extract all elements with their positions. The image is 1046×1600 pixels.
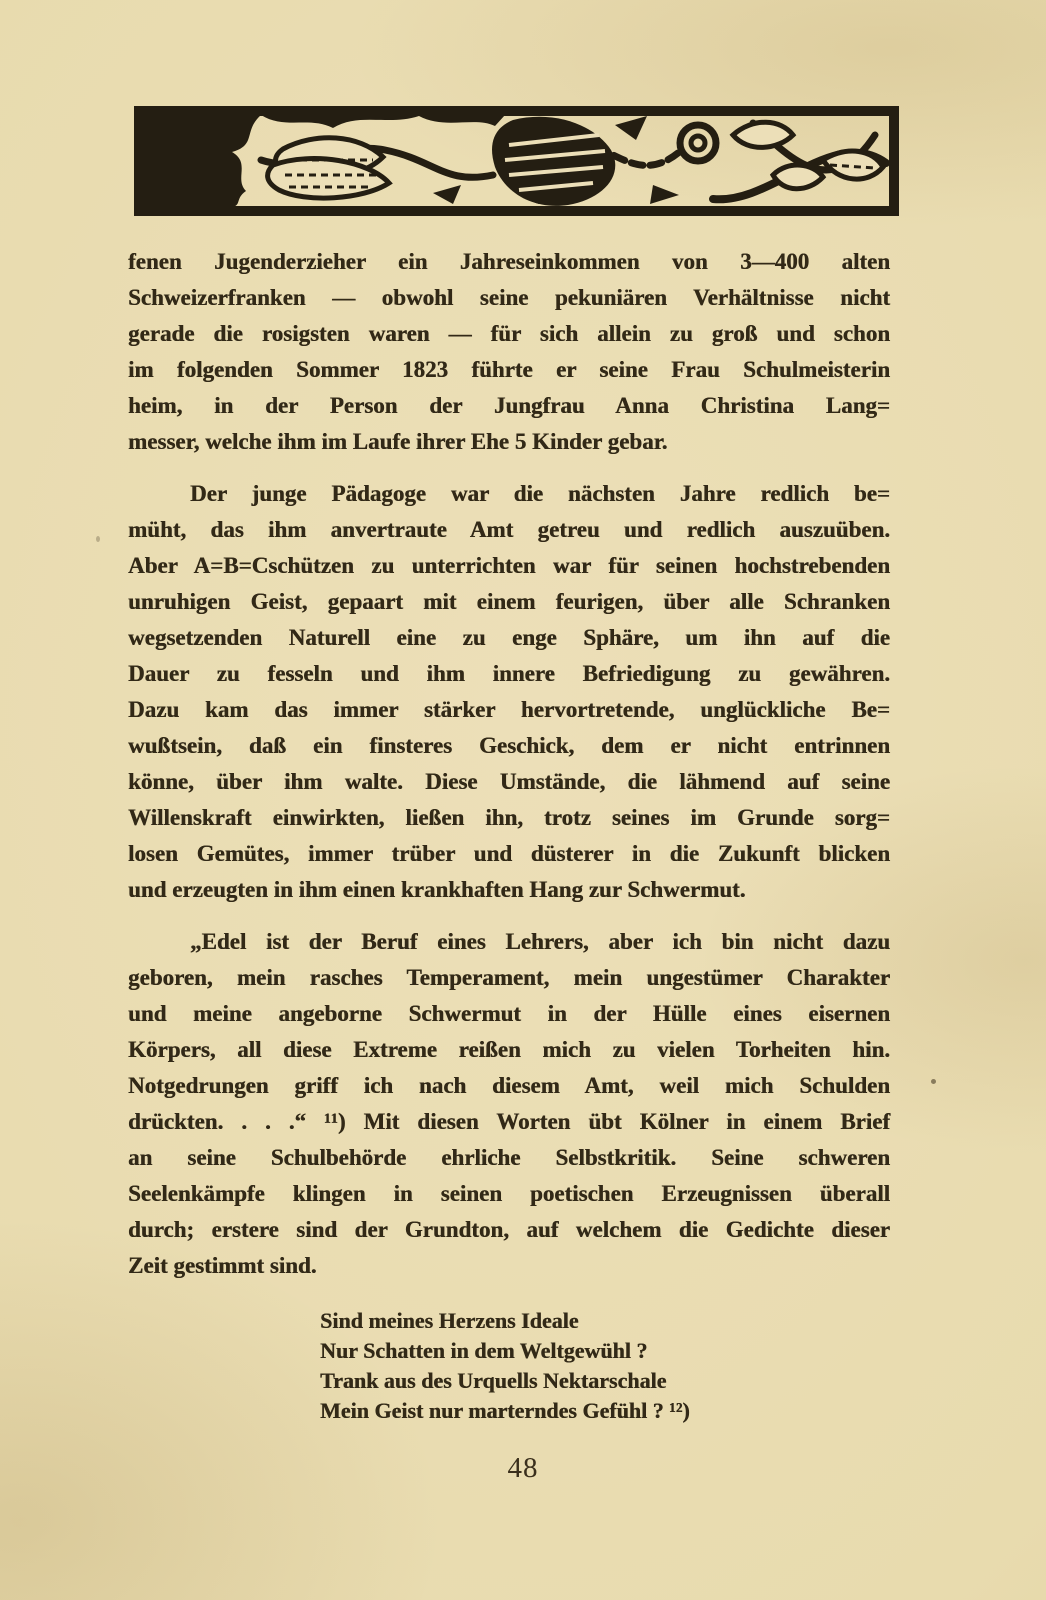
- text-line: „Edel ist der Beruf eines Lehrers, aber …: [128, 924, 890, 960]
- text-line: müht, das ihm anvertraute Amt getreu und…: [128, 512, 890, 548]
- text-line: durch; erstere sind der Grundton, auf we…: [128, 1212, 890, 1248]
- poem-line: Sind meines Herzens Ideale: [320, 1306, 890, 1336]
- headpiece-vine-ornament-image: [133, 104, 900, 218]
- text-line: Der junge Pädagoge war die nächsten Jahr…: [128, 476, 890, 512]
- poem-line: Nur Schatten in dem Weltgewühl ?: [320, 1336, 890, 1366]
- book-page-scan: fenen Jugenderzieher ein Jahreseinkommen…: [0, 0, 1046, 1600]
- text-line: heim, in der Person der Jungfrau Anna Ch…: [128, 388, 890, 424]
- text-line: gerade die rosigsten waren — für sich al…: [128, 316, 890, 352]
- text-line: könne, über ihm walte. Diese Umstände, d…: [128, 764, 890, 800]
- text-line: messer, welche ihm im Laufe ihrer Ehe 5 …: [128, 424, 890, 460]
- text-line: im folgenden Sommer 1823 führte er seine…: [128, 352, 890, 388]
- text-line: Willenskraft einwirkten, ließen ihn, tro…: [128, 800, 890, 836]
- text-line: und meine angeborne Schwermut in der Hül…: [128, 996, 890, 1032]
- text-line: Dazu kam das immer stärker hervortretend…: [128, 692, 890, 728]
- text-line: Schweizerfranken — obwohl seine pekuniär…: [128, 280, 890, 316]
- poem-line: Mein Geist nur marterndes Gefühl ? ¹²): [320, 1396, 890, 1426]
- text-line: losen Gemütes, immer trüber und düsterer…: [128, 836, 890, 872]
- text-line: Dauer zu fesseln und ihm innere Befriedi…: [128, 656, 890, 692]
- text-line: Körpers, all diese Extreme reißen mich z…: [128, 1032, 890, 1068]
- text-line: wußtsein, daß ein finsteres Geschick, de…: [128, 728, 890, 764]
- scan-speck: [96, 536, 100, 542]
- paragraph: „Edel ist der Beruf eines Lehrers, aber …: [128, 924, 890, 1284]
- text-line: drückten. . . .“ ¹¹) Mit diesen Worten ü…: [128, 1104, 890, 1140]
- text-line: geboren, mein rasches Temperament, mein …: [128, 960, 890, 996]
- text-line: Notgedrungen griff ich nach diesem Amt, …: [128, 1068, 890, 1104]
- text-line: an seine Schulbehörde ehrliche Selbstkri…: [128, 1140, 890, 1176]
- poem-line: Trank aus des Urquells Nektarschale: [320, 1366, 890, 1396]
- text-line: unruhigen Geist, gepaart mit einem feuri…: [128, 584, 890, 620]
- text-line: wegsetzenden Naturell eine zu enge Sphär…: [128, 620, 890, 656]
- paragraph: fenen Jugenderzieher ein Jahreseinkommen…: [128, 244, 890, 460]
- text-line: Aber A=B=Cschützen zu unterrichten war f…: [128, 548, 890, 584]
- text-line: und erzeugten in ihm einen krankhaften H…: [128, 872, 890, 908]
- page-number: 48: [0, 1452, 1046, 1485]
- poem-block: Sind meines Herzens Ideale Nur Schatten …: [320, 1306, 890, 1426]
- text-line: fenen Jugenderzieher ein Jahreseinkommen…: [128, 244, 890, 280]
- text-line: Zeit gestimmt sind.: [128, 1248, 890, 1284]
- text-line: Seelenkämpfe klingen in seinen poetische…: [128, 1176, 890, 1212]
- page-text-block: fenen Jugenderzieher ein Jahreseinkommen…: [128, 244, 890, 1426]
- scan-speck: [931, 1079, 936, 1084]
- paragraph: Der junge Pädagoge war die nächsten Jahr…: [128, 476, 890, 908]
